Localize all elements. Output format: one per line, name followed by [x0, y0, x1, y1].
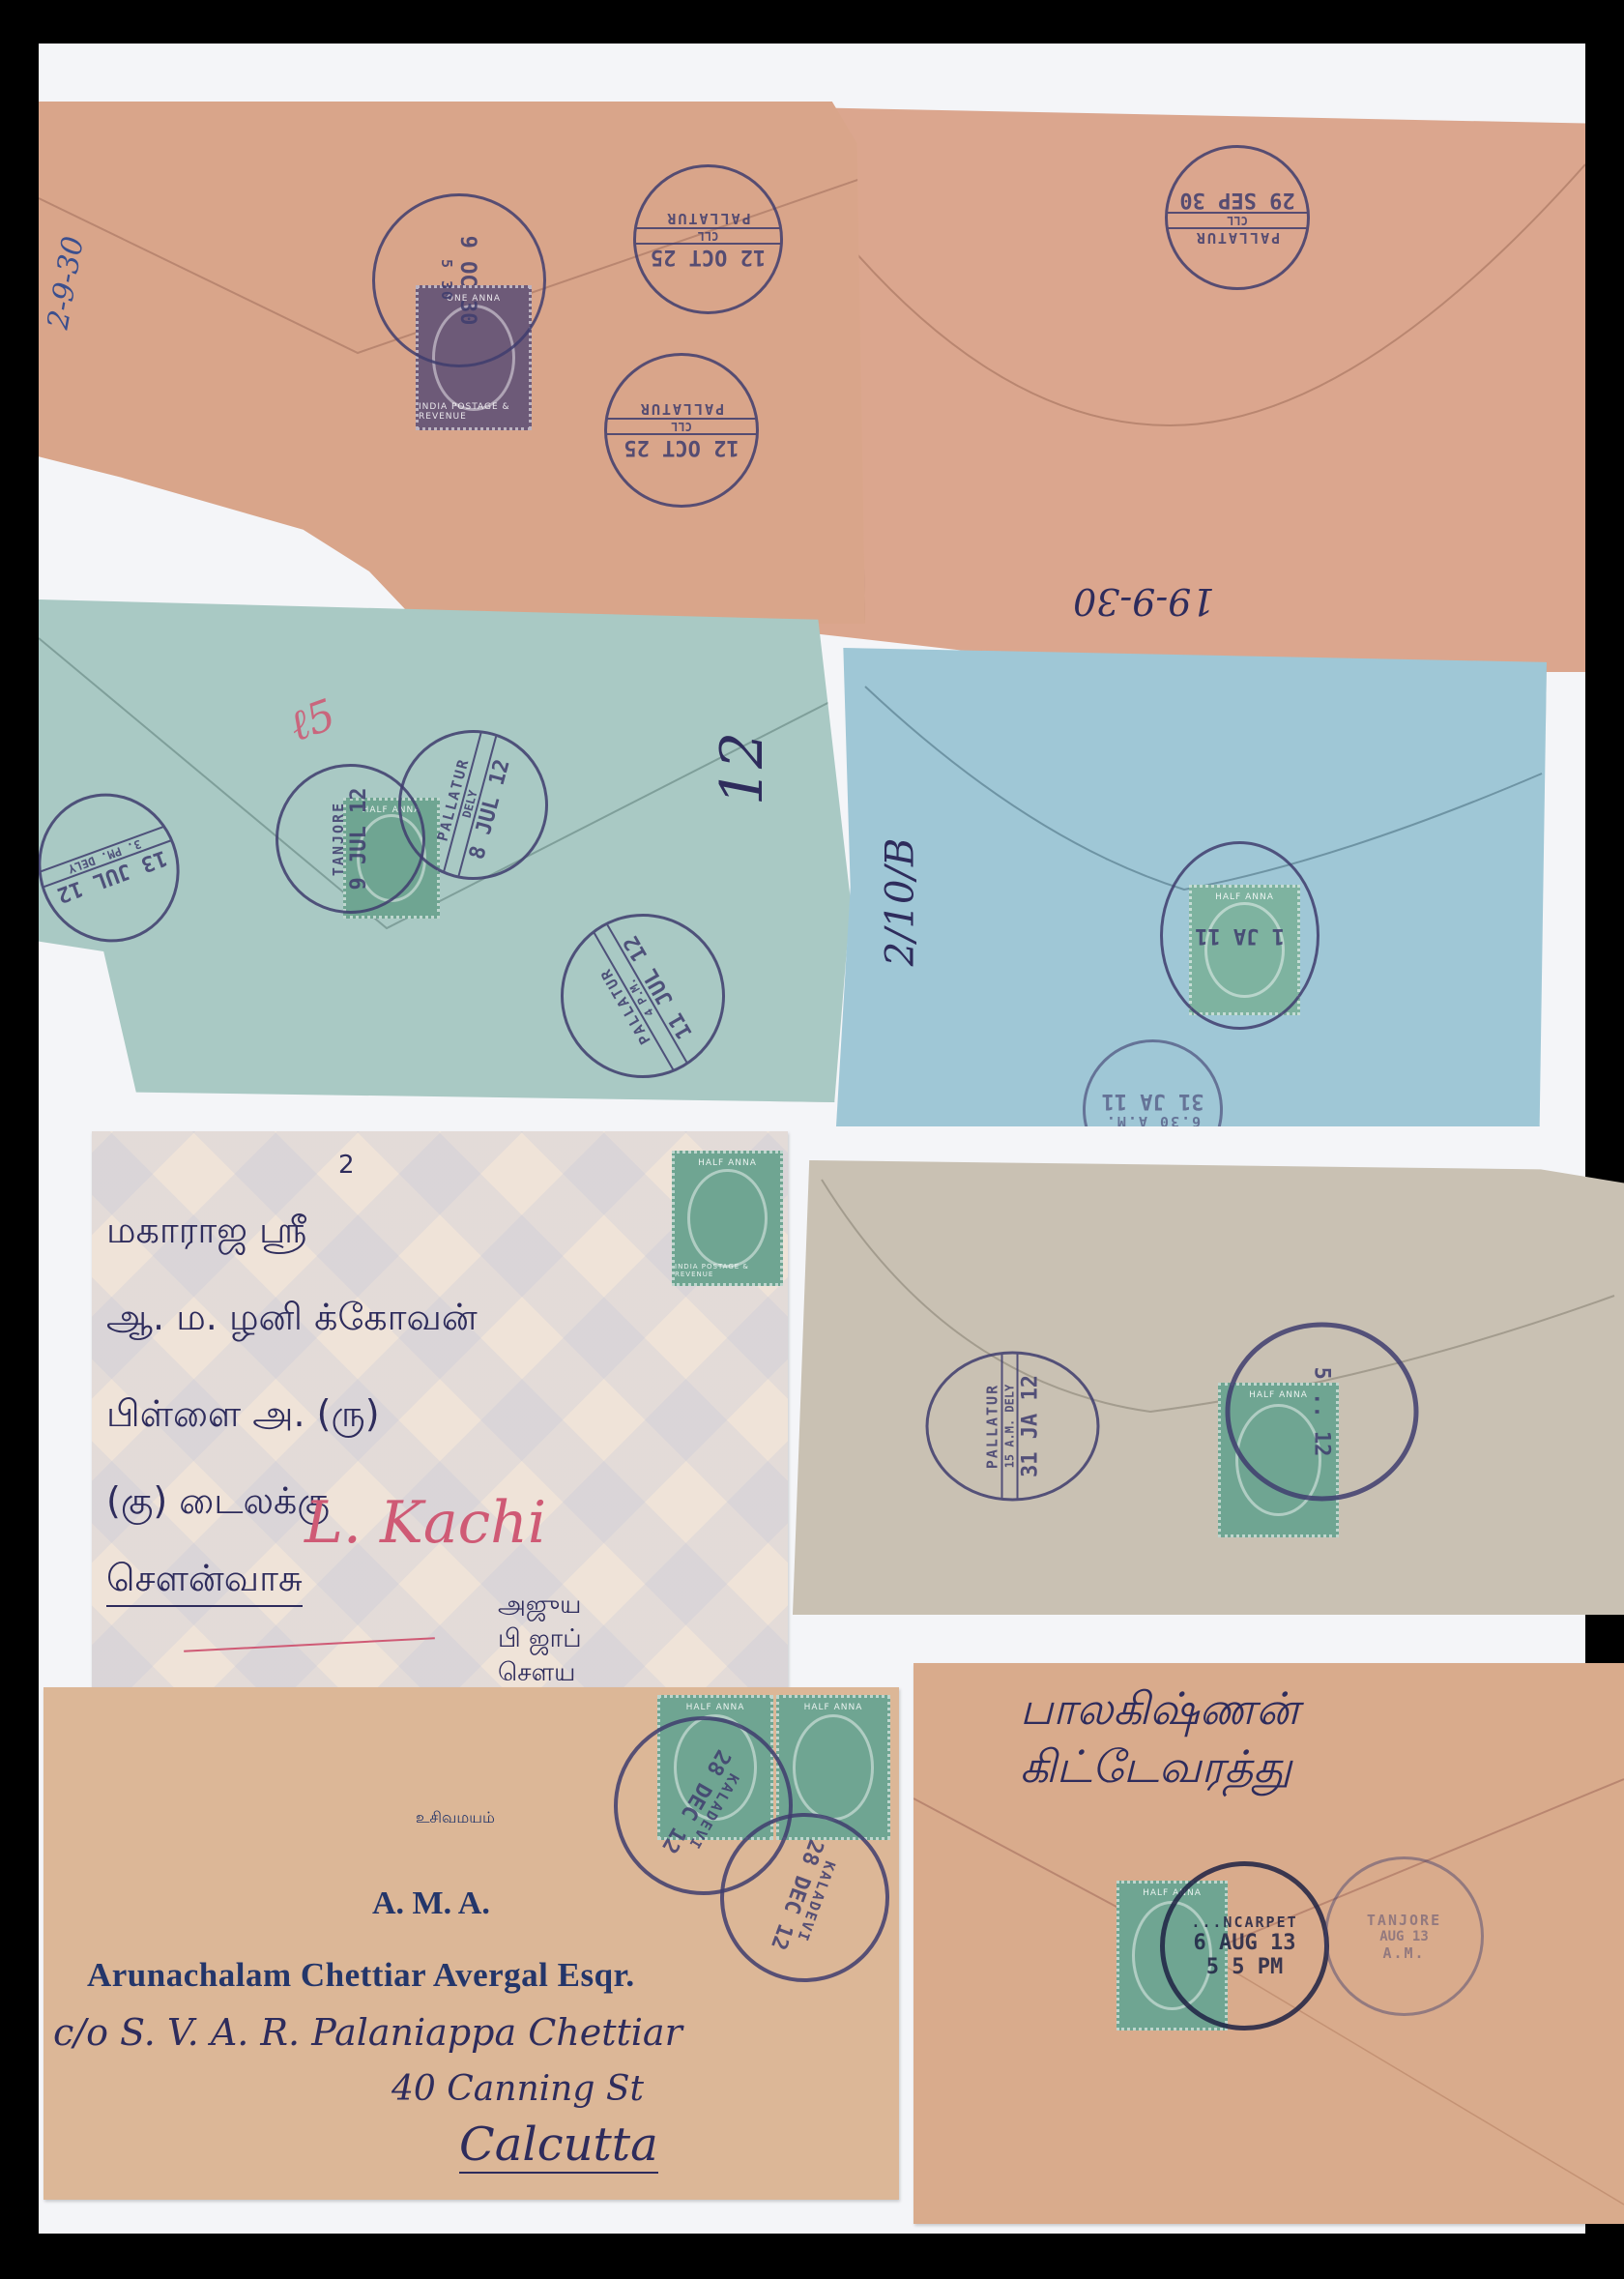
album-page: PALLATUR CLL 29 SEP 30 19-9-30 INDIA POS…	[39, 44, 1585, 2234]
printed-header-tamil: உசிவமயம்	[416, 1808, 495, 1828]
postmark-carpet: ...NCARPET 6 AUG 13 5 5 PM	[1160, 1861, 1329, 2031]
red-pencil-mark: ℓ5	[283, 690, 342, 752]
red-annotation: L. Kachi	[304, 1489, 546, 1557]
top-mark: 2	[338, 1151, 355, 1180]
printed-initials: A. M. A.	[372, 1885, 490, 1922]
address-line-2: ஆ. ம. ழனி க்கோவ‌ன்	[106, 1296, 478, 1344]
handwritten-name-line-2: கிட்டேவரத்து	[1020, 1740, 1291, 1799]
address-line-3: Calcutta	[459, 2118, 658, 2174]
envelope-back-pallatur-1930: PALLATUR CLL 29 SEP 30 19-9-30	[754, 106, 1585, 672]
address-line-4: (கு) டைலக்கு	[106, 1479, 330, 1528]
address-line-1: மகாராஜ ஸ்ரீ	[106, 1209, 306, 1257]
postmark-tanjore: TANJORE AUG 13 A.M.	[1324, 1856, 1484, 2016]
address-line-5: சௌன்வாசு	[106, 1557, 303, 1607]
envelope-back-1930: INDIA POSTAGE & REVENUE ONE ANNA 9 OC 30…	[39, 102, 865, 624]
address-line-2: 40 Canning St	[391, 2069, 644, 2109]
sender-line-2: பி ஜாப்	[498, 1624, 582, 1656]
envelope-front-ama-calcutta: HALF ANNA HALF ANNA KALADEVI 28 DEC 12 K…	[43, 1687, 899, 2200]
handwritten-note: 12	[709, 732, 776, 805]
address-line-3: பிள்ளை அ. (ரு)	[106, 1392, 380, 1441]
address-line-1: c/o S. V. A. R. Palaniappa Chettiar	[53, 2011, 682, 2054]
postmark-pallatur: PALLATUR CLL 29 SEP 30	[1165, 145, 1310, 290]
red-underline	[184, 1637, 435, 1652]
postmark-delivery: 6.30 A.M. 31 JA 11	[1083, 1039, 1223, 1126]
sender-line-3: சௌய	[498, 1658, 575, 1687]
sender-line-1: அஜுய	[498, 1591, 581, 1622]
handwritten-date: 19-9-30	[1073, 580, 1215, 623]
envelope-back-1911: HALF ANNA 1 JA 11 6.30 A.M. 31 JA 11 2/1…	[836, 648, 1547, 1126]
postmark-pallatur: 12 OCT 25 CLL PALLATUR	[604, 353, 759, 508]
envelope-back-pallatur-1912b: HALF ANNA PALLATUR 15 A.M. DELY 31 JA 12…	[793, 1160, 1624, 1615]
postmark-oval: 1 JA 11	[1160, 841, 1319, 1030]
postmark-pallatur: PALLATUR 15 A.M. DELY 31 JA 12	[926, 1352, 1100, 1502]
postmark-pallatur: 12 OCT 25 CLL PALLATUR	[633, 164, 783, 314]
stamp-half-anna: HALF ANNA INDIA POSTAGE & REVENUE	[672, 1151, 783, 1286]
envelope-back-pallatur-1912: HALF ANNA TANJORE 9 JUL 12 PALLATUR DELY…	[39, 599, 851, 1102]
envelope-back-1913: பாலகிஷ்ணன் கிட்டேவரத்து HALF ANNA ...NCA…	[913, 1663, 1624, 2224]
postmark-origin: 9 OC 30 5 30	[372, 193, 546, 367]
handwritten-margin-note: 2-9-30	[42, 234, 91, 332]
envelope-front-tamil-address: HALF ANNA INDIA POSTAGE & REVENUE 2 மகார…	[92, 1131, 788, 1687]
postmark-pallatur: PALLATUR 4 P.M. 11 JUL 12	[531, 884, 755, 1102]
postmark-delivery: 13 JUL 12 3. PM. DELY	[39, 774, 200, 962]
printed-name: Arunachalam Chettiar Avergal Esqr.	[87, 1956, 635, 1995]
envelope-flap-lines	[793, 1160, 1624, 1615]
handwritten-note: 2/10/B	[878, 838, 922, 967]
postmark-duplex: 5 .. 12	[1226, 1323, 1419, 1502]
handwritten-name-line-1: பாலகிஷ்ணன்	[1020, 1682, 1299, 1741]
